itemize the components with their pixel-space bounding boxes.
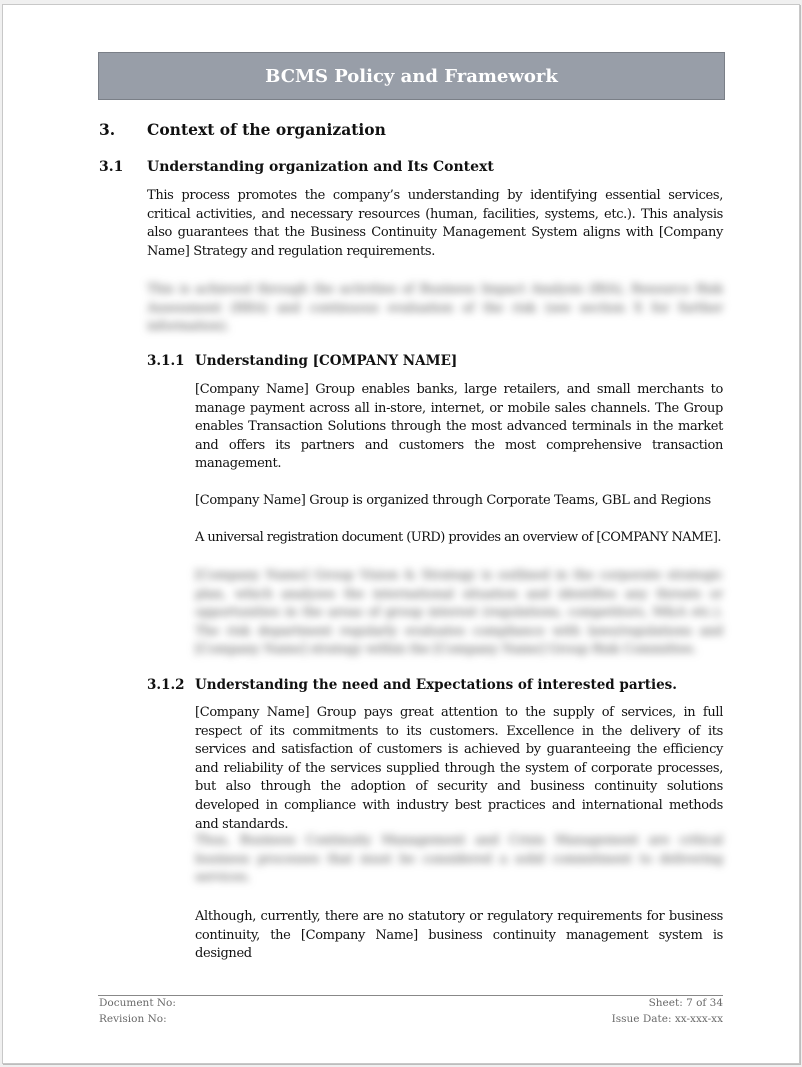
subsection-heading-3-1-1: 3.1.1Understanding [COMPANY NAME] (147, 353, 457, 369)
footer-sheet: Sheet: 7 of 34 (649, 997, 723, 1009)
paragraph-3-1-1-c: A universal registration document (URD) … (195, 529, 735, 548)
blurred-paragraph-3-1: This is achieved through the activities … (147, 281, 723, 337)
subsection-number: 3.1.2 (147, 677, 195, 693)
footer-document-no: Document No: (99, 997, 176, 1009)
document-title: BCMS Policy and Framework (265, 66, 558, 87)
subsection-title: Understanding organization and Its Conte… (147, 159, 494, 175)
section-heading: 3.Context of the organization (99, 120, 386, 139)
paragraph-3-1-1-b: [Company Name] Group is organized throug… (195, 492, 735, 511)
blurred-paragraph-3-1-1: [Company Name] Group Vision & Strategy i… (195, 567, 723, 660)
footer-revision-no: Revision No: (99, 1013, 167, 1025)
subsection-number: 3.1 (99, 159, 147, 175)
section-number: 3. (99, 120, 147, 139)
paragraph-3-1-2: [Company Name] Group pays great attentio… (195, 704, 723, 834)
document-title-banner: BCMS Policy and Framework (98, 52, 725, 100)
document-page: BCMS Policy and Framework 3.Context of t… (2, 4, 800, 1064)
section-title: Context of the organization (147, 120, 386, 139)
footer-issue-date: Issue Date: xx-xxx-xx (612, 1013, 723, 1025)
subsection-heading-3-1-2: 3.1.2Understanding the need and Expectat… (147, 677, 677, 693)
subsection-number: 3.1.1 (147, 353, 195, 369)
blurred-paragraph-3-1-2: Thus, Business Continuity Management and… (195, 832, 723, 888)
subsection-title: Understanding [COMPANY NAME] (195, 353, 457, 369)
subsection-title: Understanding the need and Expectations … (195, 677, 677, 693)
paragraph-3-1-2-continued: Although, currently, there are no statut… (195, 908, 723, 964)
subsection-heading-3-1: 3.1Understanding organization and Its Co… (99, 159, 494, 175)
footer-divider (98, 995, 723, 996)
paragraph-3-1: This process promotes the company’s unde… (147, 187, 723, 261)
paragraph-3-1-1-a: [Company Name] Group enables banks, larg… (195, 381, 723, 474)
